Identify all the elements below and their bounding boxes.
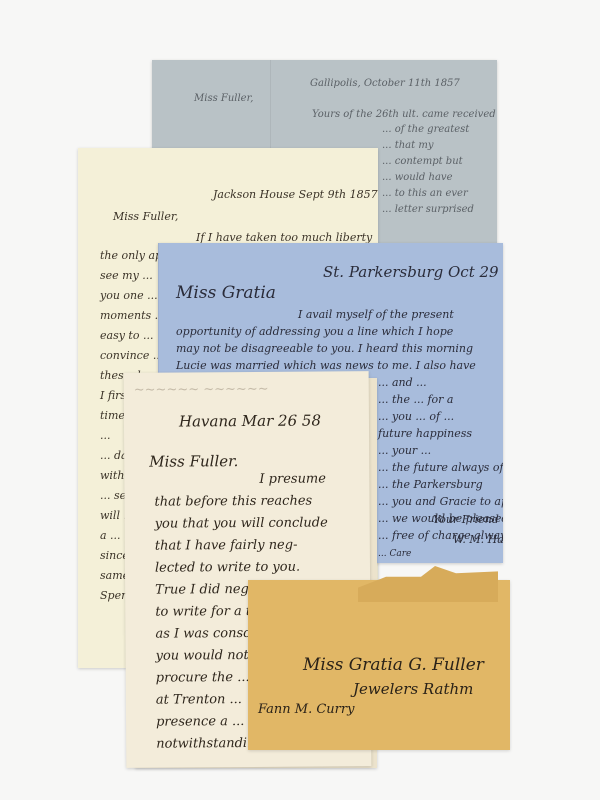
letter-line: moments ... bbox=[100, 309, 165, 322]
letter-heading: Jackson House Sept 9th 1857 bbox=[213, 188, 378, 201]
letter-line: Yours of the 26th ult. came received bbox=[312, 109, 496, 120]
letter-heading: St. Parkersburg Oct 29 57 bbox=[323, 263, 503, 281]
letter-salutation: Miss Fuller, bbox=[194, 93, 253, 104]
letter-salutation: Miss Gratia bbox=[176, 283, 276, 303]
letter-salutation: Miss Fuller, bbox=[113, 210, 178, 223]
letter-line: ... your ... bbox=[378, 444, 431, 457]
letter-line: convince ... bbox=[100, 349, 163, 362]
letter-line: may not be disagreeable to you. I heard … bbox=[176, 342, 473, 355]
envelope-torn-flap bbox=[358, 566, 498, 602]
letter-line: ... bbox=[100, 429, 111, 442]
letter-line: ... to this an ever bbox=[382, 188, 468, 199]
letter-line: ... the ... for a bbox=[378, 393, 454, 406]
letter-line: I avail myself of the present bbox=[298, 308, 454, 321]
letter-line: procure the ... bbox=[156, 670, 250, 686]
letter-line: I presume bbox=[259, 471, 326, 486]
letter-heading: Gallipolis, October 11th 1857 bbox=[310, 78, 460, 89]
letter-line: ... would have bbox=[382, 172, 452, 183]
letter-line: you that you will conclude bbox=[155, 515, 328, 531]
envelope-address-line: Miss Gratia G. Fuller bbox=[303, 655, 484, 675]
envelope: Miss Gratia G. Fuller Jewelers Rathm Fan… bbox=[248, 580, 510, 750]
letter-line: presence a ... bbox=[156, 714, 244, 730]
letter-postscript: ... Care bbox=[378, 549, 411, 559]
bleed-through: ~~~~~~ ~~~~~~ bbox=[134, 382, 269, 398]
letter-line: that I have fairly neg- bbox=[155, 538, 298, 554]
letter-line: you one ... bbox=[100, 289, 158, 302]
letter-line: at Trenton ... bbox=[156, 692, 242, 708]
letter-line: easy to ... bbox=[100, 329, 153, 342]
letter-heading: Havana Mar 26 58 bbox=[179, 411, 321, 430]
letter-line: ... the future always of yours bbox=[378, 461, 503, 474]
envelope-address-line: Fann M. Curry bbox=[258, 702, 354, 717]
letter-line: Lucie was married which was news to me. … bbox=[176, 359, 476, 372]
letter-line: lected to write to you. bbox=[155, 560, 300, 576]
letter-line: ... that my bbox=[382, 140, 433, 151]
letter-line: opportunity of addressing you a line whi… bbox=[176, 325, 453, 338]
letter-line: ... contempt but bbox=[382, 156, 463, 167]
letter-line: future happiness bbox=[378, 427, 472, 440]
letter-line: a ... bbox=[100, 529, 121, 542]
letter-line: ... the Parkersburg bbox=[378, 478, 483, 491]
envelope-address-line: Jewelers Rathm bbox=[353, 680, 473, 698]
letter-signature: W. M. Hanly bbox=[453, 533, 503, 546]
letter-closing: Your Friend bbox=[433, 513, 499, 526]
letter-line: see my ... bbox=[100, 269, 153, 282]
letter-line: ... letter surprised bbox=[382, 204, 474, 215]
photo-stage: Gallipolis, October 11th 1857 Miss Fulle… bbox=[0, 0, 600, 800]
letter-salutation: Miss Fuller. bbox=[149, 452, 238, 471]
letter-line: ... of the greatest bbox=[382, 124, 469, 135]
letter-line: ... you and Gracie to ap bbox=[378, 495, 503, 508]
letter-line: that before this reaches bbox=[154, 494, 312, 510]
letter-line: ... and ... bbox=[378, 376, 427, 389]
letter-line: ... you ... of ... bbox=[378, 410, 454, 423]
